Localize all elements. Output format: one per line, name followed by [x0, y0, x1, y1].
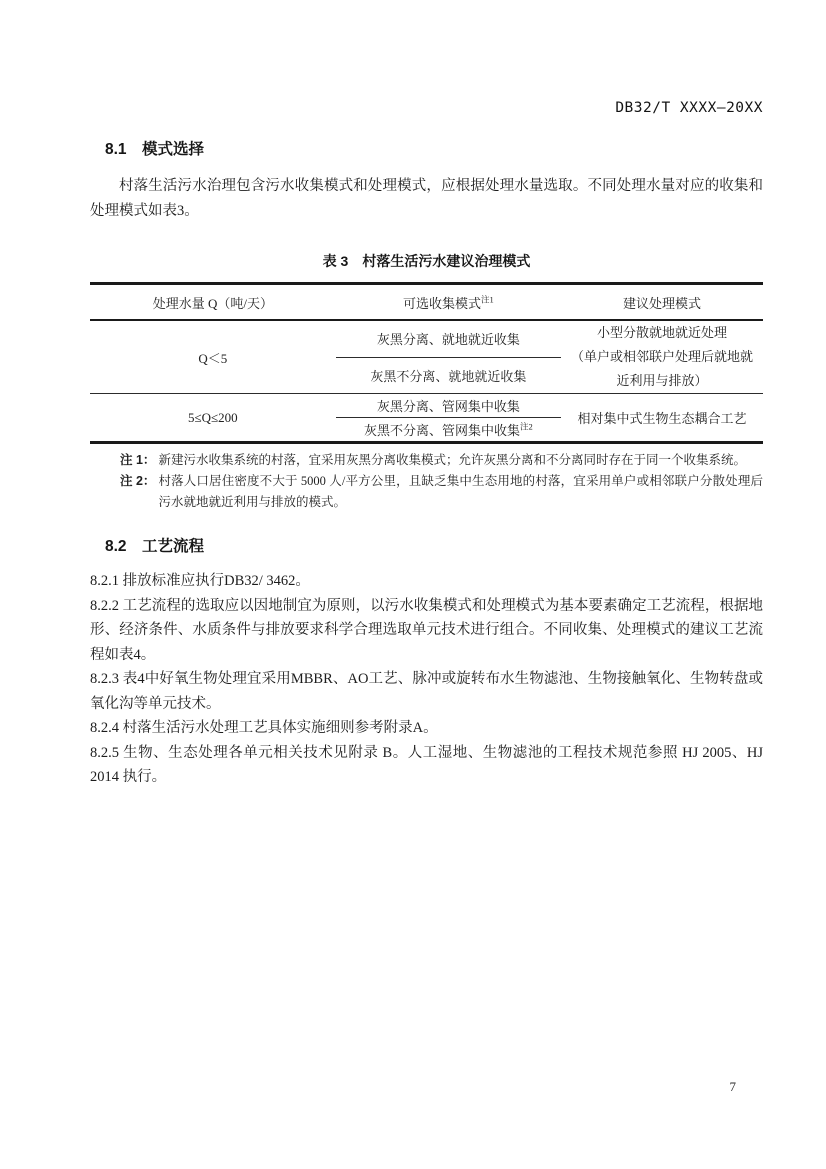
paragraph-8-1: 村落生活污水治理包含污水收集模式和处理模式，应根据处理水量选取。不同处理水量对应… [90, 174, 763, 224]
table-notes: 注 1： 新建污水收集系统的村落，宜采用灰黑分离收集模式；允许灰黑分离和不分离同… [120, 450, 763, 513]
clause-8-2-5: 8.2.5 生物、生态处理各单元相关技术见附录 B。人工湿地、生物滤池的工程技术… [90, 741, 763, 790]
running-header: DB32/T XXXX—20XX [90, 100, 763, 116]
table-3: 处理水量 Q（吨/天） 可选收集模式注1 建议处理模式 Q＜5 灰黑分离、就地就… [90, 282, 763, 444]
cell-treatment-small-dispersed: 小型分散就地就近处理 （单户或相邻联户处理后就地就 近利用与排放） [561, 320, 763, 394]
table-note-1: 注 1： 新建污水收集系统的村落，宜采用灰黑分离收集模式；允许灰黑分离和不分离同… [120, 450, 763, 471]
heading-8-2: 8.2 工艺流程 [105, 534, 763, 556]
cell-collect-unseparated-pipe: 灰黑不分离、管网集中收集注2 [336, 418, 561, 443]
clause-8-2-3: 8.2.3 表4中好氧生物处理宜采用MBBR、AO工艺、脉冲或旋转布水生物滤池、… [90, 667, 763, 716]
note-2-label: 注 2： [120, 471, 155, 492]
col-header-treatment-mode: 建议处理模式 [561, 284, 763, 321]
clause-8-2-1: 8.2.1 排放标准应执行DB32/ 3462。 [90, 569, 763, 594]
note-2-reference: 注2 [520, 422, 533, 432]
cell-treatment-centralized: 相对集中式生物生态耦合工艺 [561, 394, 763, 443]
clause-8-2-2: 8.2.2 工艺流程的选取应以因地制宜为原则，以污水收集模式和处理模式为基本要素… [90, 594, 763, 668]
cell-collect-separated-onsite: 灰黑分离、就地就近收集 [336, 320, 561, 357]
cell-collect-unseparated-onsite: 灰黑不分离、就地就近收集 [336, 357, 561, 394]
note-1-text: 新建污水收集系统的村落，宜采用灰黑分离收集模式；允许灰黑分离和不分离同时存在于同… [158, 450, 746, 471]
section-8-2-clauses: 8.2.1 排放标准应执行DB32/ 3462。 8.2.2 工艺流程的选取应以… [90, 569, 763, 790]
treatment-line: 小型分散就地就近处理 [567, 321, 757, 345]
cell-q-5-to-200: 5≤Q≤200 [90, 394, 336, 443]
col-header-collection-mode-label: 可选收集模式 [403, 296, 481, 311]
note-2-text: 村落人口居住密度不大于 5000 人/平方公里，且缺乏集中生态用地的村落，宜采用… [158, 471, 763, 513]
table-row: Q＜5 灰黑分离、就地就近收集 小型分散就地就近处理 （单户或相邻联户处理后就地… [90, 320, 763, 357]
page-number: 7 [730, 1079, 737, 1095]
clause-8-2-4: 8.2.4 村落生活污水处理工艺具体实施细则参考附录A。 [90, 716, 763, 741]
treatment-line: （单户或相邻联户处理后就地就 [567, 345, 757, 369]
cell-collect-separated-pipe: 灰黑分离、管网集中收集 [336, 394, 561, 418]
table-row: 5≤Q≤200 灰黑分离、管网集中收集 相对集中式生物生态耦合工艺 [90, 394, 763, 418]
col-header-water-volume: 处理水量 Q（吨/天） [90, 284, 336, 321]
document-page: DB32/T XXXX—20XX 8.1 模式选择 村落生活污水治理包含污水收集… [0, 0, 826, 1169]
table-note-2: 注 2： 村落人口居住密度不大于 5000 人/平方公里，且缺乏集中生态用地的村… [120, 471, 763, 513]
table-3-caption: 表 3 村落生活污水建议治理模式 [90, 251, 763, 271]
note-1-reference: 注1 [481, 294, 494, 304]
table-header-row: 处理水量 Q（吨/天） 可选收集模式注1 建议处理模式 [90, 284, 763, 321]
treatment-line: 近利用与排放） [567, 369, 757, 393]
col-header-collection-mode: 可选收集模式注1 [336, 284, 561, 321]
cell-q-lt-5: Q＜5 [90, 320, 336, 394]
heading-8-1: 8.1 模式选择 [105, 137, 763, 159]
cell-collect-unseparated-pipe-label: 灰黑不分离、管网集中收集 [364, 423, 520, 438]
note-1-label: 注 1： [120, 450, 155, 471]
